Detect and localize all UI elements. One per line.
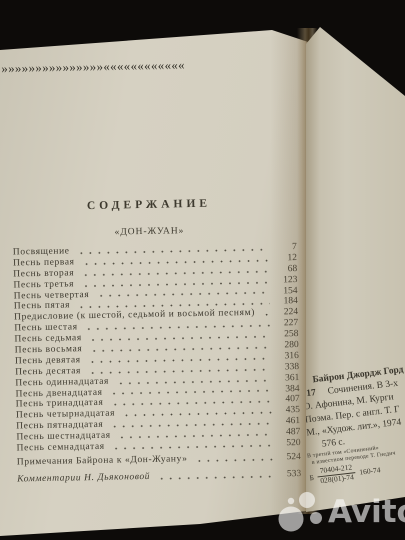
ornament-right-run: »»»»»»»»»»»»»»» bbox=[1, 59, 103, 76]
toc-entry-label: Примечания Байрона к «Дон-Жуану» bbox=[17, 454, 188, 467]
avito-watermark: Avito bbox=[276, 484, 405, 540]
toc-dot-leader bbox=[262, 308, 270, 319]
toc-dot-leader bbox=[110, 384, 272, 398]
toc-page-number: 384 bbox=[275, 384, 299, 394]
toc-page-number: 7 bbox=[273, 242, 297, 252]
toc-dot-leader bbox=[194, 452, 273, 464]
toc-row: Песнь одиннадцатая 361 bbox=[15, 373, 299, 389]
toc-entry-label: Песнь четвертая bbox=[14, 290, 90, 301]
toc-row: Песнь тринадцатая 407 bbox=[16, 395, 300, 411]
toc-row: Песнь девятая 316 bbox=[15, 351, 299, 367]
toc-entry-label: Песнь девятая bbox=[15, 355, 81, 366]
toc-row: Комментарии Н. Дьяконовой 533 bbox=[17, 469, 301, 485]
toc-dot-leader bbox=[76, 243, 268, 258]
toc-dot-leader bbox=[85, 319, 271, 333]
toc-row: Песнь двенадцатая 384 bbox=[15, 384, 299, 400]
toc-dot-leader bbox=[112, 439, 273, 453]
toc-dot-leader bbox=[122, 406, 272, 420]
toc-entry-label: Песнь пятнадцатая bbox=[16, 420, 103, 432]
left-page-content: »»»»»»»»»»»»»»»«««««««««««« СОДЕРЖАНИЕ «… bbox=[0, 0, 305, 540]
right-book-page: Байрон Джордж Горд Б17 Сочинения. В 3-х … bbox=[306, 0, 405, 540]
toc-row: Песнь пятнадцатая 461 bbox=[16, 416, 300, 432]
toc-entry-label: Песнь третья bbox=[13, 279, 74, 290]
toc-page-number: 68 bbox=[273, 264, 297, 274]
toc-row: Песнь десятая 338 bbox=[15, 362, 299, 378]
toc-entry-label: Песнь седьмая bbox=[14, 333, 81, 344]
toc-entry-label: Песнь первая bbox=[13, 257, 75, 268]
toc-dot-leader bbox=[96, 286, 270, 300]
toc-entry-label: Песнь шестнадцатая bbox=[16, 431, 110, 443]
toc-dot-leader bbox=[89, 330, 271, 344]
left-book-page: »»»»»»»»»»»»»»»«««««««««««« СОДЕРЖАНИЕ «… bbox=[0, 0, 314, 540]
toc-entry-label: Комментарии Н. Дьяконовой bbox=[17, 472, 150, 485]
toc-dot-leader bbox=[110, 417, 272, 431]
toc-entry-label: Песнь двенадцатая bbox=[15, 387, 102, 399]
toc-row: Песнь первая 12 bbox=[13, 253, 297, 269]
toc-entry-label: Песнь вторая bbox=[13, 268, 74, 279]
toc-page-number: 227 bbox=[274, 318, 298, 328]
toc-dot-leader bbox=[81, 264, 269, 278]
toc-row: Примечания Байрона к «Дон-Жуану» 524 bbox=[17, 452, 301, 468]
toc-dot-leader bbox=[88, 362, 271, 376]
avito-watermark-label: Avito bbox=[328, 494, 405, 530]
index-letter: Б bbox=[309, 471, 315, 484]
ornament-left-run: «««««««««««« bbox=[103, 57, 185, 74]
toc-entry-label: Песнь четырнадцатая bbox=[16, 409, 115, 421]
toc-row: Песнь семнадцатая 520 bbox=[17, 438, 301, 454]
table-of-contents: Посвящение 7 Песнь первая 12 Песнь втора… bbox=[13, 242, 302, 485]
toc-page-number: 361 bbox=[275, 373, 299, 383]
toc-row: Предисловие (к шестой, седьмой и восьмой… bbox=[14, 307, 298, 323]
book-photo-scene: »»»»»»»»»»»»»»»«««««««««««« СОДЕРЖАНИЕ «… bbox=[0, 0, 405, 540]
toc-entry-label: Песнь семнадцатая bbox=[17, 442, 105, 454]
index-fraction: 70404-212 028(01)-74 bbox=[317, 463, 357, 485]
toc-dot-leader bbox=[77, 297, 270, 312]
toc-dot-leader bbox=[110, 395, 272, 409]
toc-page-number: 12 bbox=[273, 253, 297, 263]
toc-page-number: 123 bbox=[273, 275, 297, 285]
toc-row: Песнь четырнадцатая 435 bbox=[16, 405, 300, 421]
poem-title: «ДОН-ЖУАН» bbox=[0, 224, 300, 240]
toc-entry-label: Песнь одиннадцатая bbox=[15, 376, 109, 388]
toc-row: Песнь шестнадцатая 487 bbox=[16, 427, 300, 443]
toc-page-number: 224 bbox=[274, 307, 298, 317]
ornament-border: »»»»»»»»»»»»»»»«««««««««««« bbox=[1, 56, 261, 77]
contents-heading: СОДЕРЖАНИЕ bbox=[0, 196, 299, 214]
toc-page-number: 280 bbox=[275, 340, 299, 350]
toc-dot-leader bbox=[157, 469, 273, 482]
toc-page-number: 258 bbox=[274, 329, 298, 339]
toc-entry-label: Песнь шестая bbox=[14, 323, 78, 334]
toc-page-number: 154 bbox=[274, 286, 298, 296]
toc-page-number: 184 bbox=[274, 297, 298, 307]
toc-page-number: 338 bbox=[275, 362, 299, 372]
toc-dot-leader bbox=[88, 351, 271, 365]
toc-dot-leader bbox=[81, 275, 270, 290]
toc-row: Песнь третья 123 bbox=[13, 275, 297, 291]
toc-row: Песнь седьмая 258 bbox=[14, 329, 298, 345]
toc-entry-label: Песнь пятая bbox=[14, 301, 70, 312]
index-suffix: 160-74 bbox=[359, 463, 382, 478]
toc-entry-label: Песнь десятая bbox=[15, 366, 81, 377]
toc-dot-leader bbox=[118, 428, 273, 442]
avito-logo-icon bbox=[276, 489, 326, 535]
toc-row: Песнь восьмая 280 bbox=[15, 340, 299, 356]
toc-row: Песнь вторая 68 bbox=[13, 264, 297, 280]
toc-entry-label: Посвящение bbox=[13, 246, 70, 257]
toc-row: Посвящение 7 bbox=[13, 242, 297, 258]
toc-row: Песнь пятая 184 bbox=[14, 297, 298, 313]
toc-dot-leader bbox=[89, 341, 271, 355]
toc-row: Песнь шестая 227 bbox=[14, 318, 298, 334]
toc-row: Песнь четвертая 154 bbox=[14, 286, 298, 302]
toc-page-number: 316 bbox=[275, 351, 299, 361]
toc-entry-label: Песнь тринадцатая bbox=[16, 398, 104, 410]
toc-dot-leader bbox=[116, 373, 272, 387]
toc-entry-label: Предисловие (к шестой, седьмой и восьмой… bbox=[14, 308, 255, 323]
bibliographic-card: Байрон Джордж Горд Б17 Сочинения. В 3-х … bbox=[298, 359, 405, 486]
toc-dot-leader bbox=[81, 253, 269, 267]
toc-entry-label: Песнь восьмая bbox=[15, 344, 83, 355]
